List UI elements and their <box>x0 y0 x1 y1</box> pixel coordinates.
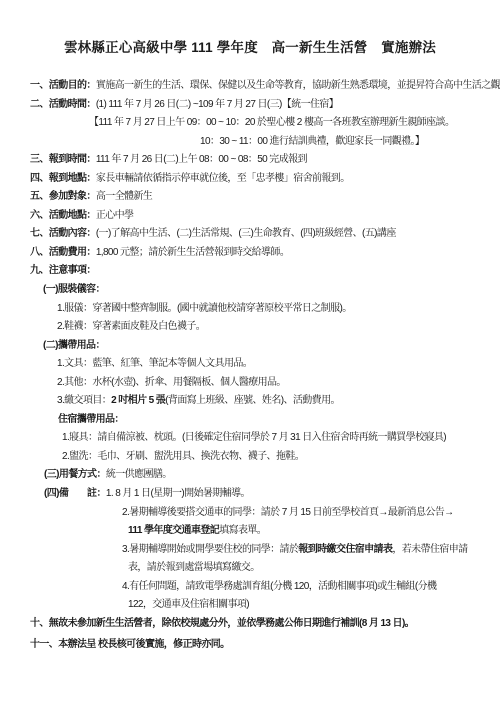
emphasis-text: (一)服裝儀容： <box>43 284 105 295</box>
body-text: 填寫表單。 <box>219 525 266 536</box>
document-line: 表，請於報到處當場填寫繳交。 <box>0 559 500 578</box>
emphasis-text: (三)用餐方式： <box>44 469 106 480</box>
document-line: (一)服裝儀容： <box>0 281 500 300</box>
emphasis-text: 三、報到時間： <box>30 154 96 165</box>
document-line: 4.有任何問題，請致電學務處訓育組(分機 120，活動相關事項)或生輔組(分機 <box>0 578 500 597</box>
document-line: 七、活動內容：(一)了解高中生活、(二)生活常規、(三)生命教育、(四)班級經營… <box>0 225 500 244</box>
document-line: 122，交通車及住宿相關事項) <box>0 596 500 615</box>
document-line: (四)備 註：1. 8 月 1 日(星期一)開始暑期輔導。 <box>0 485 500 504</box>
document-title: 雲林縣正心高級中學 111 學年度 高一新生生活營 實施辦法 <box>8 36 492 56</box>
body-text: 1.寢具：請自備涼被、枕頭。(日後確定住宿同學於 7 月 31 日入住宿舍時再統… <box>62 432 446 443</box>
document-line: (二)攜帶用品： <box>0 337 500 356</box>
emphasis-text: 六、活動地點： <box>30 210 96 221</box>
emphasis-text: 五、參加對象： <box>30 191 96 202</box>
document-line: 1.文具：藍筆、紅筆、筆記本等個人文具用品。 <box>0 355 500 374</box>
emphasis-text: 一、活動目的： <box>30 80 96 91</box>
document-line: 住宿攜帶用品： <box>0 411 500 430</box>
emphasis-text: (四)備 註： <box>44 488 106 499</box>
document-line: 九、注意事項： <box>0 262 500 281</box>
body-text: 1. 8 月 1 日(星期一)開始暑期輔導。 <box>106 488 250 499</box>
document-line: 六、活動地點：正心中學 <box>0 207 500 226</box>
emphasis-text: 四、報到地點： <box>30 173 96 184</box>
document-line: 一、活動目的：實施高一新生的生活、環保、保健以及生命等教育，協助新生熟悉環境，並… <box>0 77 500 96</box>
body-text: 實施高一新生的生活、環保、保健以及生命等教育，協助新生熟悉環境，並提昇符合高中生… <box>96 80 500 91</box>
body-text: (背面寫上班級、座號、姓名)、活動費用。 <box>165 395 340 406</box>
document-body: 一、活動目的：實施高一新生的生活、環保、保健以及生命等教育，協助新生熟悉環境，並… <box>0 77 500 655</box>
body-text: 1.服儀：穿著國中整齊制服。(國中就讀他校請穿著原校平常日之制服)。 <box>57 303 352 314</box>
document-line: 2.鞋襪：穿著素面皮鞋及白色襪子。 <box>0 318 500 337</box>
document-line: 五、參加對象：高一全體新生 <box>0 188 500 207</box>
body-text: 1.文具：藍筆、紅筆、筆記本等個人文具用品。 <box>57 358 252 369</box>
document-line: 三、報到時間：111 年 7 月 26 日(二)上午 08：00 ~ 08：50… <box>0 151 500 170</box>
body-text: 4.有任何問題，請致電學務處訓育組(分機 120，活動相關事項)或生輔組(分機 <box>122 581 436 592</box>
document-line: 2.其他：水杯(水壺)、折傘、用餐隔板、個人醫療用品。 <box>0 374 500 393</box>
body-text: 2.鞋襪：穿著素面皮鞋及白色襪子。 <box>57 321 205 332</box>
body-text: 正心中學 <box>96 210 134 221</box>
body-text: 2.暑期輔導後要搭交通車的同學：請於 7 月 15 日前至學校首頁→最新消息公告… <box>122 507 454 518</box>
emphasis-text: 111 學年度交通車登記 <box>128 525 219 536</box>
emphasis-text: 住宿攜帶用品： <box>58 414 124 425</box>
body-text: 2.其他：水杯(水壺)、折傘、用餐隔板、個人醫療用品。 <box>57 377 286 388</box>
document-line: 十一、本辦法呈 校長核可後實施，修正時亦同。 <box>0 636 500 655</box>
body-text: 家長車輛請依循指示停車就位後，至「忠孝樓」宿舍前報到。 <box>96 173 350 184</box>
document-line: 2.盥洗：毛巾、牙刷、盥洗用具、換洗衣物、襪子、拖鞋。 <box>0 448 500 467</box>
body-text: 1,800 元整；請於新生生活營報到時交給導師。 <box>96 247 289 258</box>
body-text: 高一全體新生 <box>96 191 152 202</box>
emphasis-text: (二)攜帶用品： <box>43 340 105 351</box>
body-text: 統一供應團膳。 <box>106 469 172 480</box>
emphasis-text: 九、注意事項： <box>30 265 96 276</box>
body-text: 10：30 ~ 11：00 進行結訓典禮，歡迎家長一同觀禮。】 <box>200 136 424 147</box>
document-line: 十、無故未參加新生生活營者，除依校規處分外，並依學務處公佈日期進行補訓(8 月 … <box>0 615 500 634</box>
body-text: 111 年 7 月 26 日(二)上午 08：00 ~ 08：50 完成報到 <box>96 154 307 165</box>
document-line: 10：30 ~ 11：00 進行結訓典禮，歡迎家長一同觀禮。】 <box>0 133 500 152</box>
document-line: 二、活動時間：(1) 111 年 7 月 26 日(二) ~109 年 7 月 … <box>0 96 500 115</box>
body-text: (一)了解高中生活、(二)生活常規、(三)生命教育、(四)班級經營、(五)講座 <box>96 228 396 239</box>
body-text: 3.暑期輔導開始或開學要住校的同學：請於 <box>122 544 298 555</box>
emphasis-text: 七、活動內容： <box>30 228 96 239</box>
emphasis-text: 十一、本辦法呈 校長核可後實施，修正時亦同。 <box>30 639 230 650</box>
body-text: 表，請於報到處當場填寫繳交。 <box>128 562 260 573</box>
emphasis-text: 二、活動時間： <box>30 99 96 110</box>
emphasis-text: 報到時繳交住宿申請表 <box>298 544 392 555</box>
body-text: 2.盥洗：毛巾、牙刷、盥洗用具、換洗衣物、襪子、拖鞋。 <box>62 451 304 462</box>
document-line: 3.繳交項目：2 吋相片 5 張(背面寫上班級、座號、姓名)、活動費用。 <box>0 392 500 411</box>
emphasis-text: 2 吋相片 5 張 <box>111 395 165 406</box>
document-line: (三)用餐方式：統一供應團膳。 <box>0 466 500 485</box>
document-line: 2.暑期輔導後要搭交通車的同學：請於 7 月 15 日前至學校首頁→最新消息公告… <box>0 504 500 523</box>
body-text: 122，交通車及住宿相關事項) <box>128 599 249 610</box>
document-page: 雲林縣正心高級中學 111 學年度 高一新生生活營 實施辦法 一、活動目的：實施… <box>0 0 500 708</box>
document-line: 八、活動費用：1,800 元整；請於新生生活營報到時交給導師。 <box>0 244 500 263</box>
emphasis-text: 八、活動費用： <box>30 247 96 258</box>
body-text: ，若未帶住宿申請 <box>392 544 467 555</box>
document-line: 【111 年 7 月 27 日上午 09：00 ~ 10：20 於聖心樓 2 樓… <box>0 114 500 133</box>
document-line: 111 學年度交通車登記填寫表單。 <box>0 522 500 541</box>
emphasis-text: 十、無故未參加新生生活營者，除依校規處分外，並依學務處公佈日期進行補訓(8 月 … <box>30 618 414 629</box>
body-text: 【111 年 7 月 27 日上午 09：00 ~ 10：20 於聖心樓 2 樓… <box>89 117 454 128</box>
document-line: 四、報到地點：家長車輛請依循指示停車就位後，至「忠孝樓」宿舍前報到。 <box>0 170 500 189</box>
body-text: (1) 111 年 7 月 26 日(二) ~109 年 7 月 27 日(三)… <box>96 99 338 110</box>
body-text: 3.繳交項目： <box>57 395 111 406</box>
document-line: 3.暑期輔導開始或開學要住校的同學：請於報到時繳交住宿申請表，若未帶住宿申請 <box>0 541 500 560</box>
document-line: 1.服儀：穿著國中整齊制服。(國中就讀他校請穿著原校平常日之制服)。 <box>0 300 500 319</box>
document-line: 1.寢具：請自備涼被、枕頭。(日後確定住宿同學於 7 月 31 日入住宿舍時再統… <box>0 429 500 448</box>
